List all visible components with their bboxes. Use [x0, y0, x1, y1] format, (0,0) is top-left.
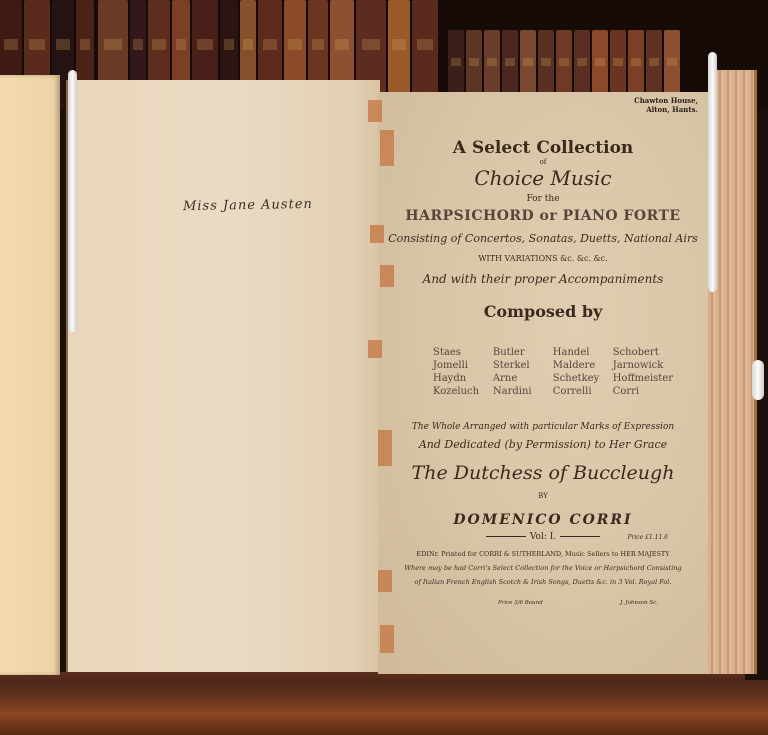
price-top: Price £1.11.6: [627, 534, 668, 541]
composer-name: Jomelli: [433, 360, 493, 371]
photo-scene: Miss Jane Austen Chawton House, Alton, H…: [0, 0, 768, 735]
title-line-2: of: [378, 158, 708, 166]
endpaper-left: [0, 75, 60, 675]
composer-name: Schobert: [613, 347, 673, 358]
stamp-line: Alton, Hants.: [634, 105, 698, 114]
owner-inscription: Miss Jane Austen: [183, 197, 313, 214]
composer-name: Butler: [493, 347, 553, 358]
title-line-5: HARPSICHORD or PIANO FORTE: [378, 208, 708, 224]
title-line-12: The Dutchess of Buccleugh: [378, 462, 708, 484]
composer-name: Kozeluch: [433, 386, 493, 397]
title-line-8: And with their proper Accompaniments: [378, 272, 708, 286]
title-line-1: A Select Collection: [378, 138, 708, 158]
title-line-3: Choice Music: [378, 166, 708, 190]
composer-name: Haydn: [433, 373, 493, 384]
stamp-line: Chawton House,: [634, 96, 698, 105]
price-bottom: Price 3/6 Bound: [498, 600, 543, 606]
imprint-line-1: EDINr. Printed for CORRI & SUTHERLAND, M…: [378, 550, 708, 558]
composer-name: Nardini: [493, 386, 553, 397]
title-line-7: WITH VARIATIONS &c. &c. &c.: [378, 254, 708, 263]
composer-name: Hoffmeister: [613, 373, 673, 384]
composer-name: Correlli: [553, 386, 613, 397]
composer-name: Jarnowick: [613, 360, 673, 371]
title-line-13: BY: [378, 492, 708, 500]
title-line-4: For the: [378, 194, 708, 204]
title-page-text: Chawton House, Alton, Hants. A Select Co…: [378, 92, 708, 674]
composer-name: Corri: [613, 386, 673, 397]
composer-credit: DOMENICO CORRI: [378, 512, 708, 528]
bookmark-cord-tassel: [752, 360, 764, 400]
composer-name: Staes: [433, 347, 493, 358]
composer-name: Maldere: [553, 360, 613, 371]
title-line-10: The Whole Arranged with particular Marks…: [378, 422, 708, 432]
title-line-11: And Dedicated (by Permission) to Her Gra…: [378, 438, 708, 451]
imprint-line-2: Where may be had Corri's Select Collecti…: [378, 564, 708, 572]
engraver-credit: J. Johnson Sc.: [620, 600, 658, 606]
bookmark-cord-left: [68, 70, 77, 332]
title-line-9: Composed by: [378, 302, 708, 321]
composer-name: Arne: [493, 373, 553, 384]
wooden-table: [0, 680, 768, 735]
composer-name: Sterkel: [493, 360, 553, 371]
library-stamp: Chawton House, Alton, Hants.: [634, 96, 698, 114]
bookmark-cord-right: [708, 52, 717, 292]
imprint-line-3: of Italian French English Scotch & Irish…: [378, 578, 708, 586]
title-line-6: Consisting of Concertos, Sonatas, Duetts…: [378, 232, 708, 245]
composer-name: Schetkey: [553, 373, 613, 384]
flyleaf-page: Miss Jane Austen: [66, 80, 380, 672]
volume-label: Vol: I.: [530, 532, 556, 542]
composer-list: Staes Butler Handel Schobert Jomelli Ste…: [433, 347, 673, 397]
composer-name: Handel: [553, 347, 613, 358]
